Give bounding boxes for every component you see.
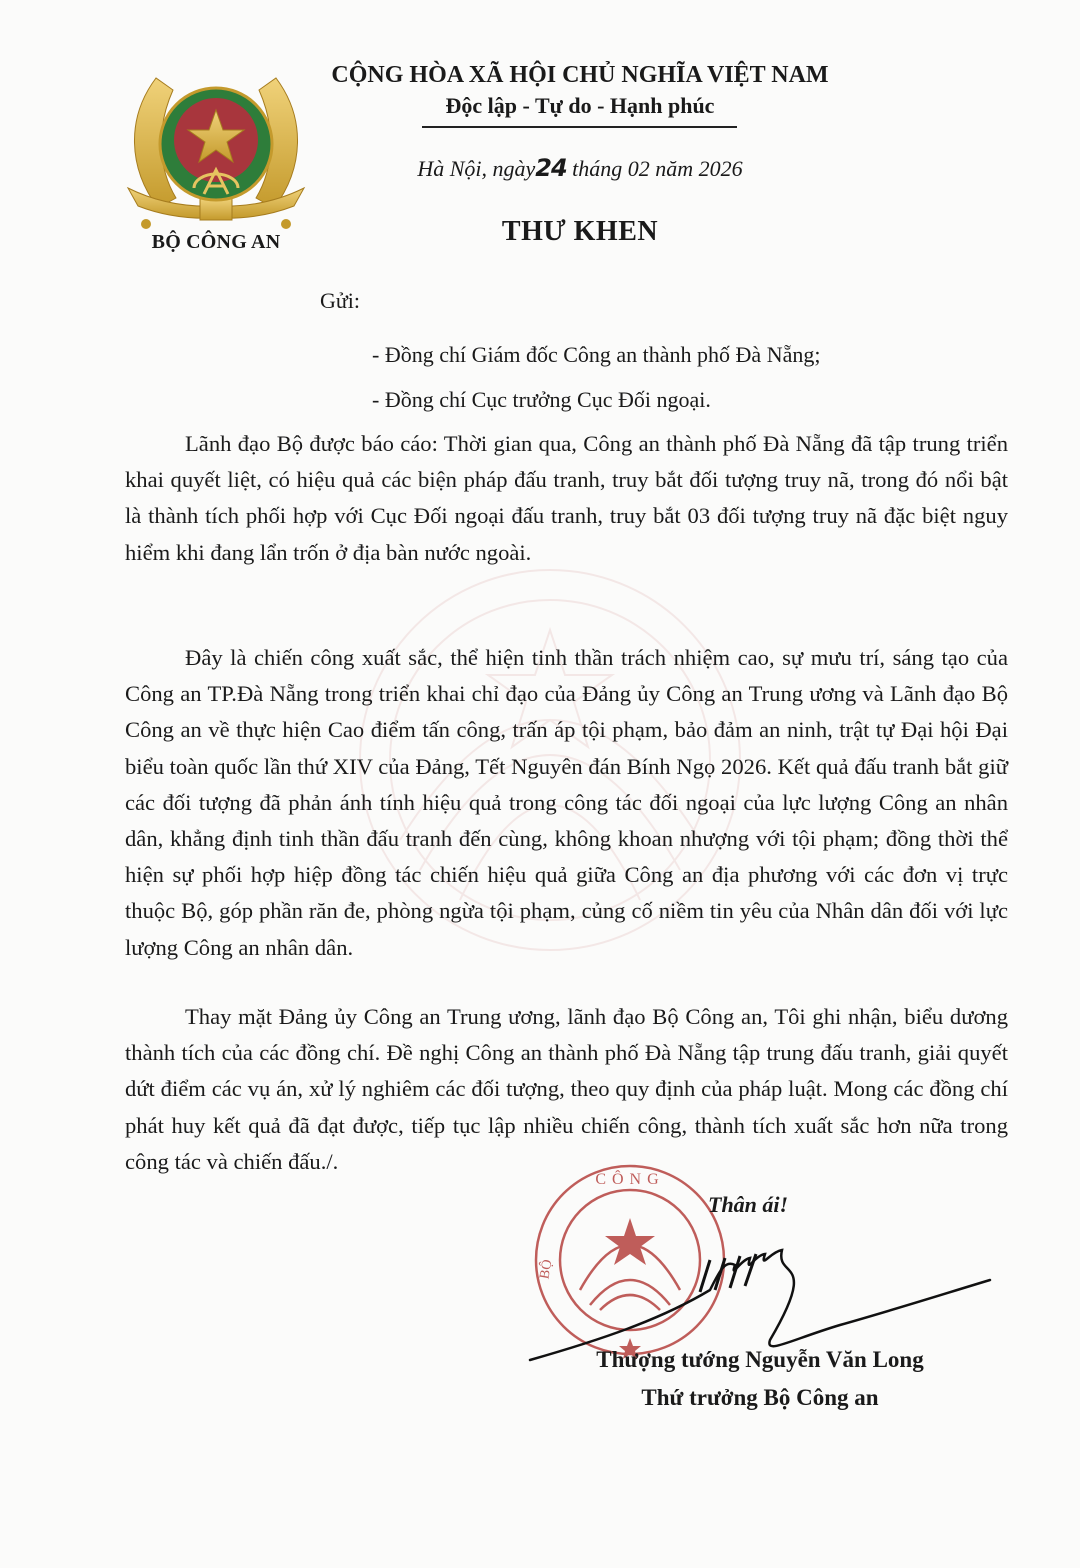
closing-salutation: Thân ái! xyxy=(708,1192,788,1218)
national-motto: Độc lập - Tự do - Hạnh phúc xyxy=(300,93,860,119)
police-emblem-icon xyxy=(118,58,314,238)
body-paragraph-3: Thay mặt Đảng ủy Công an Trung ương, lãn… xyxy=(125,999,1008,1180)
body-paragraph-2: Đây là chiến công xuất sắc, thể hiện tin… xyxy=(125,640,1008,966)
motto-underline xyxy=(422,126,737,128)
paragraph-text: Đây là chiến công xuất sắc, thể hiện tin… xyxy=(125,640,1008,966)
recipient-item: - Đồng chí Giám đốc Công an thành phố Đà… xyxy=(372,332,820,377)
document-title: THƯ KHEN xyxy=(300,216,860,248)
date-prefix: Hà Nội, ngày xyxy=(417,156,535,181)
paragraph-text: Thay mặt Đảng ủy Công an Trung ương, lãn… xyxy=(125,999,1008,1180)
document-page: BỘ CÔNG AN CỘNG HÒA XÃ HỘI CHỦ NGHĨA VIỆ… xyxy=(0,0,1080,1568)
signer-title: Thứ trưởng Bộ Công an xyxy=(540,1385,980,1411)
agency-name: BỘ CÔNG AN xyxy=(118,231,314,254)
dateline: Hà Nội, ngày24 tháng 02 năm 2026 xyxy=(300,154,860,182)
paragraph-text: Lãnh đạo Bộ được báo cáo: Thời gian qua,… xyxy=(125,426,1008,571)
recipients-label: Gửi: xyxy=(320,288,360,314)
svg-text:CÔNG: CÔNG xyxy=(595,1169,664,1188)
date-day-handwritten: 24 xyxy=(535,154,566,182)
nation-heading: CỘNG HÒA XÃ HỘI CHỦ NGHĨA VIỆT NAM xyxy=(300,62,860,89)
date-suffix: tháng 02 năm 2026 xyxy=(572,156,743,181)
recipients-list: - Đồng chí Giám đốc Công an thành phố Đà… xyxy=(372,332,820,422)
signer-name: Thượng tướng Nguyễn Văn Long xyxy=(540,1347,980,1373)
body-paragraph-1: Lãnh đạo Bộ được báo cáo: Thời gian qua,… xyxy=(125,426,1008,571)
recipient-item: - Đồng chí Cục trưởng Cục Đối ngoại. xyxy=(372,377,820,422)
